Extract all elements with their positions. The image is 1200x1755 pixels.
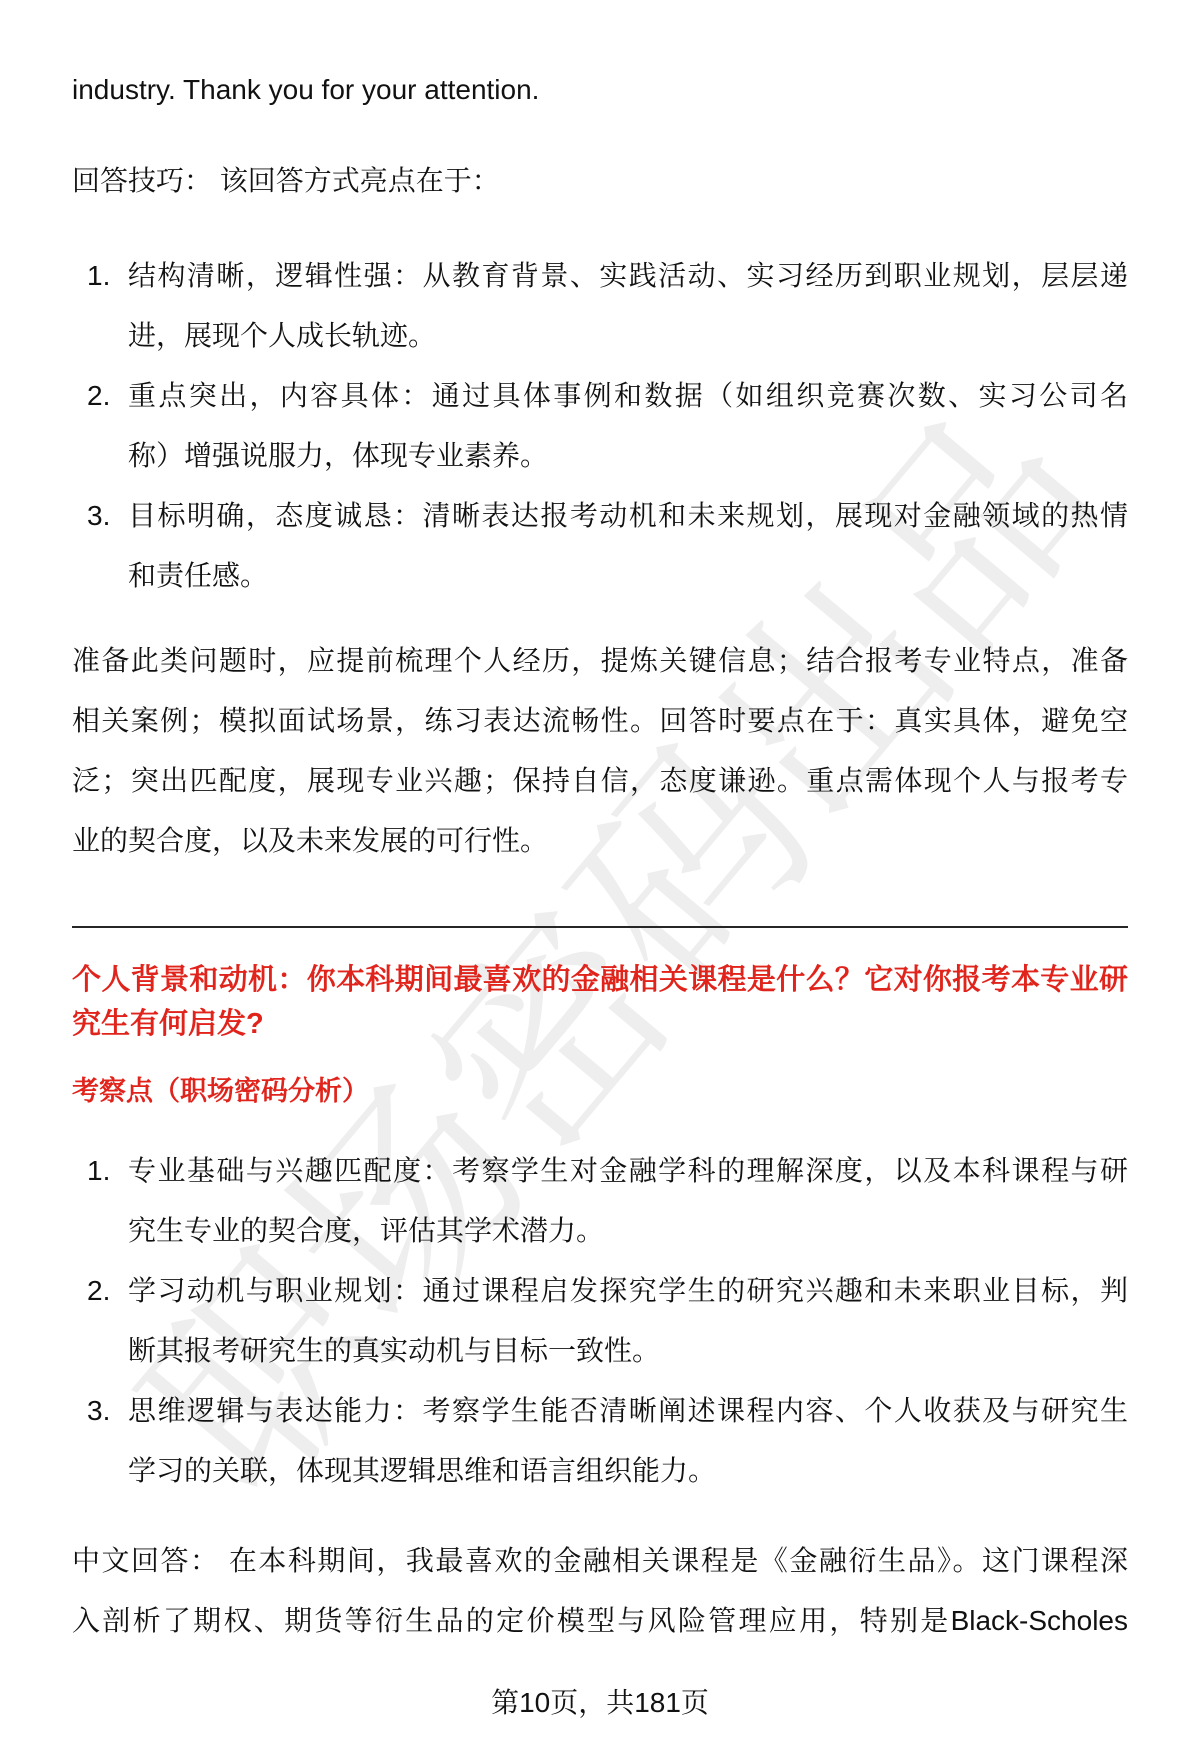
chinese-answer-paragraph: 中文回答： 在本科期间，我最喜欢的金融相关课程是《金融衍生品》。这门课程深 入剖… [72,1531,1128,1651]
list-item: 3. 思维逻辑与表达能力：考察学生能否清晰阐述课程内容、个人收获及与研究生 学习… [72,1381,1128,1501]
list-item: 3. 目标明确，态度诚恳：清晰表达报考动机和未来规划，展现对金融领域的热情 和责… [72,486,1128,606]
text-line: 重点突出，内容具体：通过具体事例和数据（如组织竞赛次数、实习公司名 [128,366,1128,426]
item-number: 1. [87,1141,110,1201]
text-line: 专业基础与兴趣匹配度：考察学生对金融学科的理解深度，以及本科课程与研 [128,1141,1128,1201]
text-line: 入剖析了期权、期货等衍生品的定价模型与风险管理应用，特别是Black-Schol… [72,1591,1128,1651]
text-line: 和责任感。 [128,546,1128,606]
item-number: 3. [87,1381,110,1441]
item-number: 2. [87,366,110,426]
text-line: 学习的关联，体现其逻辑思维和语言组织能力。 [128,1441,1128,1501]
answer-tips-intro: 回答技巧： 该回答方式亮点在于： [72,164,1128,198]
tips-list: 1. 结构清晰，逻辑性强：从教育背景、实践活动、实习经历到职业规划，层层递 进，… [72,246,1128,606]
text-line: 称）增强说服力，体现专业素养。 [128,426,1128,486]
list-item: 2. 学习动机与职业规划：通过课程启发探究学生的研究兴趣和未来职业目标，判 断其… [72,1261,1128,1381]
text-line: 究生专业的契合度，评估其学术潜力。 [128,1201,1128,1261]
text-line: 个人背景和动机：你本科期间最喜欢的金融相关课程是什么？它对你报考本专业研 [72,958,1128,1002]
document-page: 职场密码出品 industry. Thank you for your atte… [0,0,1200,1755]
list-item: 1. 专业基础与兴趣匹配度：考察学生对金融学科的理解深度，以及本科课程与研 究生… [72,1141,1128,1261]
item-number: 2. [87,1261,110,1321]
english-closing-line: industry. Thank you for your attention. [72,73,1128,107]
text-line: 业的契合度，以及未来发展的可行性。 [72,811,1128,871]
text-line: 思维逻辑与表达能力：考察学生能否清晰阐述课程内容、个人收获及与研究生 [128,1381,1128,1441]
text-line: 进，展现个人成长轨迹。 [128,306,1128,366]
item-number: 3. [87,486,110,546]
item-number: 1. [87,246,110,306]
page-content: industry. Thank you for your attention. … [0,0,1200,1721]
exam-points-heading: 考察点（职场密码分析） [72,1072,1128,1110]
preparation-paragraph: 准备此类问题时，应提前梳理个人经历，提炼关键信息；结合报考专业特点，准备 相关案… [72,631,1128,871]
section-divider [72,926,1128,928]
list-item: 2. 重点突出，内容具体：通过具体事例和数据（如组织竞赛次数、实习公司名 称）增… [72,366,1128,486]
text-line: 断其报考研究生的真实动机与目标一致性。 [128,1321,1128,1381]
text-line: 结构清晰，逻辑性强：从教育背景、实践活动、实习经历到职业规划，层层递 [128,246,1128,306]
text-line: 泛；突出匹配度，展现专业兴趣；保持自信，态度谦逊。重点需体现个人与报考专 [72,751,1128,811]
text-line: 目标明确，态度诚恳：清晰表达报考动机和未来规划，展现对金融领域的热情 [128,486,1128,546]
list-item: 1. 结构清晰，逻辑性强：从教育背景、实践活动、实习经历到职业规划，层层递 进，… [72,246,1128,366]
exam-points-list: 1. 专业基础与兴趣匹配度：考察学生对金融学科的理解深度，以及本科课程与研 究生… [72,1141,1128,1501]
text-line: 究生有何启发? [72,1002,1128,1046]
text-line: 学习动机与职业规划：通过课程启发探究学生的研究兴趣和未来职业目标，判 [128,1261,1128,1321]
text-line: 相关案例；模拟面试场景，练习表达流畅性。回答时要点在于：真实具体，避免空 [72,691,1128,751]
page-number-footer: 第10页，共181页 [72,1685,1128,1721]
text-line: 中文回答： 在本科期间，我最喜欢的金融相关课程是《金融衍生品》。这门课程深 [72,1531,1128,1591]
text-line: 准备此类问题时，应提前梳理个人经历，提炼关键信息；结合报考专业特点，准备 [72,631,1128,691]
question-heading: 个人背景和动机：你本科期间最喜欢的金融相关课程是什么？它对你报考本专业研 究生有… [72,958,1128,1046]
